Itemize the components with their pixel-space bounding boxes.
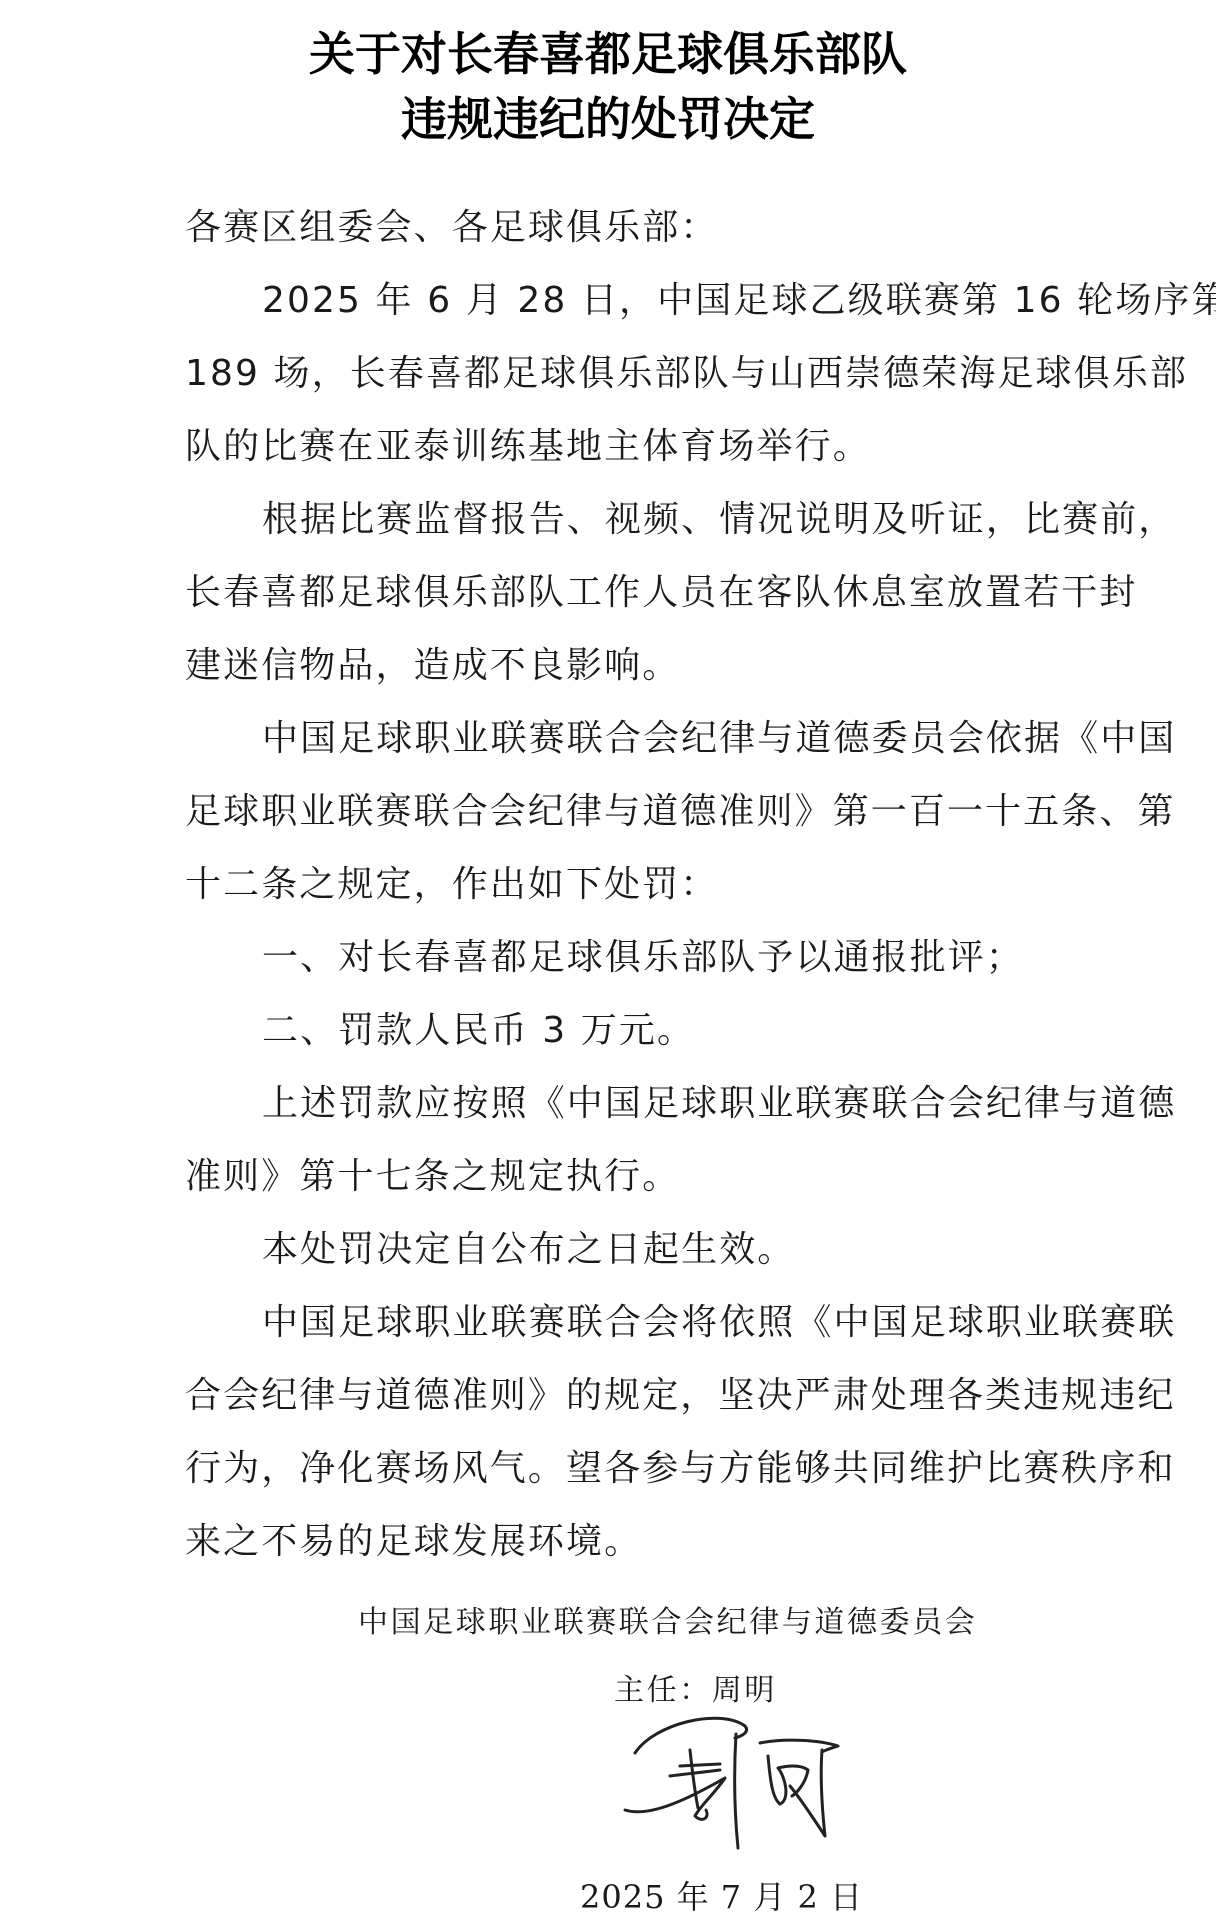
body-line: 根据比赛监督报告、视频、情况说明及听证，比赛前，	[262, 498, 1122, 542]
body-line: 中国足球职业联赛联合会纪律与道德委员会依据《中国	[262, 717, 1122, 761]
penalty-item-2: 二、罚款人民币 3 万元。	[262, 1009, 1122, 1053]
body-line: 准则》第十七条之规定执行。	[185, 1155, 1045, 1199]
document-title-line-1: 关于对长春喜都足球俱乐部队	[0, 18, 1216, 84]
body-line: 中国足球职业联赛联合会将依照《中国足球职业联赛联	[262, 1301, 1122, 1345]
issue-date: 2025 年 7 月 2 日	[580, 1872, 863, 1918]
chair-line: 主任：周明	[614, 1665, 777, 1709]
body-line: 十二条之规定，作出如下处罚：	[185, 863, 1045, 907]
document-page: 关于对长春喜都足球俱乐部队 违规违纪的处罚决定 各赛区组委会、各足球俱乐部： 2…	[0, 0, 1216, 1924]
body-line: 行为，净化赛场风气。望各参与方能够共同维护比赛秩序和	[185, 1447, 1045, 1491]
body-line: 足球职业联赛联合会纪律与道德准则》第一百一十五条、第	[185, 790, 1045, 834]
body-line: 来之不易的足球发展环境。	[185, 1520, 1045, 1564]
body-line: 建迷信物品，造成不良影响。	[185, 644, 1045, 688]
salutation: 各赛区组委会、各足球俱乐部：	[185, 206, 1045, 250]
body-line: 本处罚决定自公布之日起生效。	[262, 1228, 1122, 1272]
document-title-line-2: 违规违纪的处罚决定	[0, 83, 1216, 149]
body-line: 2025 年 6 月 28 日，中国足球乙级联赛第 16 轮场序第	[262, 279, 1122, 323]
penalty-item-1: 一、对长春喜都足球俱乐部队予以通报批评；	[262, 936, 1122, 980]
body-line: 上述罚款应按照《中国足球职业联赛联合会纪律与道德	[262, 1082, 1122, 1126]
body-line: 合会纪律与道德准则》的规定，坚决严肃处理各类违规违纪	[185, 1374, 1045, 1418]
body-line: 队的比赛在亚泰训练基地主体育场举行。	[185, 425, 1045, 469]
body-line: 189 场，长春喜都足球俱乐部队与山西崇德荣海足球俱乐部	[185, 352, 1045, 396]
body-line: 长春喜都足球俱乐部队工作人员在客队休息室放置若干封	[185, 571, 1045, 615]
issuing-organization: 中国足球职业联赛联合会纪律与道德委员会	[358, 1597, 977, 1641]
handwritten-signature-icon	[610, 1708, 850, 1853]
